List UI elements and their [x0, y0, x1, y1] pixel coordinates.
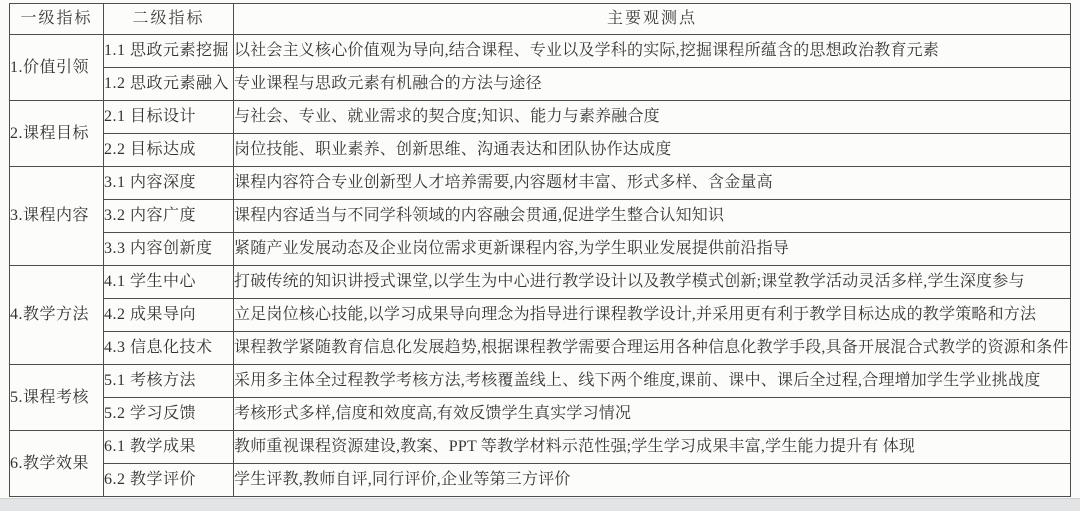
observation-cell: 与社会、专业、就业需求的契合度;知识、能力与素养融合度 — [234, 101, 1071, 134]
level2-cell: 3.2 内容广度 — [104, 200, 234, 233]
level2-cell: 6.2 教学评价 — [104, 464, 234, 497]
level1-cell: 1.价值引领 — [10, 35, 104, 101]
indicator-table: 一级指标 二级指标 主要观测点 1.价值引领 1.1 思政元素挖掘 以社会主义核… — [9, 3, 1071, 497]
table-row: 1.2 思政元素融入 专业课程与思政元素有机融合的方法与途径 — [10, 68, 1071, 101]
level1-cell: 5.课程考核 — [10, 365, 104, 431]
observation-cell: 采用多主体全过程教学考核方法,考核覆盖线上、线下两个维度,课前、课中、课后全过程… — [234, 365, 1071, 398]
table-row: 6.2 教学评价 学生评教,教师自评,同行评价,企业等第三方评价 — [10, 464, 1071, 497]
header-cell-observation: 主要观测点 — [234, 4, 1071, 35]
observation-cell: 岗位技能、职业素养、创新思维、沟通表达和团队协作达成度 — [234, 134, 1071, 167]
level1-cell: 3.课程内容 — [10, 167, 104, 266]
observation-cell: 课程教学紧随教育信息化发展趋势,根据课程教学需要合理运用各种信息化教学手段,具备… — [234, 332, 1071, 365]
table-row: 1.价值引领 1.1 思政元素挖掘 以社会主义核心价值观为导向,结合课程、专业以… — [10, 35, 1071, 68]
indicator-table-container: 一级指标 二级指标 主要观测点 1.价值引领 1.1 思政元素挖掘 以社会主义核… — [9, 3, 1071, 497]
level1-cell: 4.教学方法 — [10, 266, 104, 365]
level1-cell: 6.教学效果 — [10, 431, 104, 497]
header-cell-level2: 二级指标 — [104, 4, 234, 35]
table-row: 4.3 信息化技术 课程教学紧随教育信息化发展趋势,根据课程教学需要合理运用各种… — [10, 332, 1071, 365]
table-row: 3.2 内容广度 课程内容适当与不同学科领域的内容融会贯通,促进学生整合认知知识 — [10, 200, 1071, 233]
observation-cell: 紧随产业发展动态及企业岗位需求更新课程内容,为学生职业发展提供前沿指导 — [234, 233, 1071, 266]
observation-cell: 课程内容适当与不同学科领域的内容融会贯通,促进学生整合认知知识 — [234, 200, 1071, 233]
observation-cell: 学生评教,教师自评,同行评价,企业等第三方评价 — [234, 464, 1071, 497]
observation-cell: 以社会主义核心价值观为导向,结合课程、专业以及学科的实际,挖掘课程所蕴含的思想政… — [234, 35, 1071, 68]
table-row: 5.2 学习反馈 考核形式多样,信度和效度高,有效反馈学生真实学习情况 — [10, 398, 1071, 431]
level2-cell: 2.2 目标达成 — [104, 134, 234, 167]
level2-cell: 2.1 目标设计 — [104, 101, 234, 134]
table-row: 5.课程考核 5.1 考核方法 采用多主体全过程教学考核方法,考核覆盖线上、线下… — [10, 365, 1071, 398]
level2-cell: 1.1 思政元素挖掘 — [104, 35, 234, 68]
table-row: 4.教学方法 4.1 学生中心 打破传统的知识讲授式课堂,以学生为中心进行教学设… — [10, 266, 1071, 299]
level2-cell: 5.1 考核方法 — [104, 365, 234, 398]
observation-cell: 立足岗位核心技能,以学习成果导向理念为指导进行课程教学设计,并采用更有利于教学目… — [234, 299, 1071, 332]
table-row: 2.2 目标达成 岗位技能、职业素养、创新思维、沟通表达和团队协作达成度 — [10, 134, 1071, 167]
level2-cell: 4.1 学生中心 — [104, 266, 234, 299]
table-row: 3.3 内容创新度 紧随产业发展动态及企业岗位需求更新课程内容,为学生职业发展提… — [10, 233, 1071, 266]
observation-cell: 考核形式多样,信度和效度高,有效反馈学生真实学习情况 — [234, 398, 1071, 431]
level2-cell: 5.2 学习反馈 — [104, 398, 234, 431]
observation-cell: 打破传统的知识讲授式课堂,以学生为中心进行教学设计以及教学模式创新;课堂教学活动… — [234, 266, 1071, 299]
observation-cell: 教师重视课程资源建设,教案、PPT 等教学材料示范性强;学生学习成果丰富,学生能… — [234, 431, 1071, 464]
observation-cell: 专业课程与思政元素有机融合的方法与途径 — [234, 68, 1071, 101]
level2-cell: 4.3 信息化技术 — [104, 332, 234, 365]
level2-cell: 4.2 成果导向 — [104, 299, 234, 332]
table-row: 3.课程内容 3.1 内容深度 课程内容符合专业创新型人才培养需要,内容题材丰富… — [10, 167, 1071, 200]
level2-cell: 3.3 内容创新度 — [104, 233, 234, 266]
table-row: 4.2 成果导向 立足岗位核心技能,以学习成果导向理念为指导进行课程教学设计,并… — [10, 299, 1071, 332]
page-bottom-strip — [0, 498, 1080, 511]
level2-cell: 6.1 教学成果 — [104, 431, 234, 464]
observation-cell: 课程内容符合专业创新型人才培养需要,内容题材丰富、形式多样、含金量高 — [234, 167, 1071, 200]
level2-cell: 3.1 内容深度 — [104, 167, 234, 200]
level2-cell: 1.2 思政元素融入 — [104, 68, 234, 101]
table-row: 2.课程目标 2.1 目标设计 与社会、专业、就业需求的契合度;知识、能力与素养… — [10, 101, 1071, 134]
table-row: 6.教学效果 6.1 教学成果 教师重视课程资源建设,教案、PPT 等教学材料示… — [10, 431, 1071, 464]
header-row: 一级指标 二级指标 主要观测点 — [10, 4, 1071, 35]
header-cell-level1: 一级指标 — [10, 4, 104, 35]
level1-cell: 2.课程目标 — [10, 101, 104, 167]
